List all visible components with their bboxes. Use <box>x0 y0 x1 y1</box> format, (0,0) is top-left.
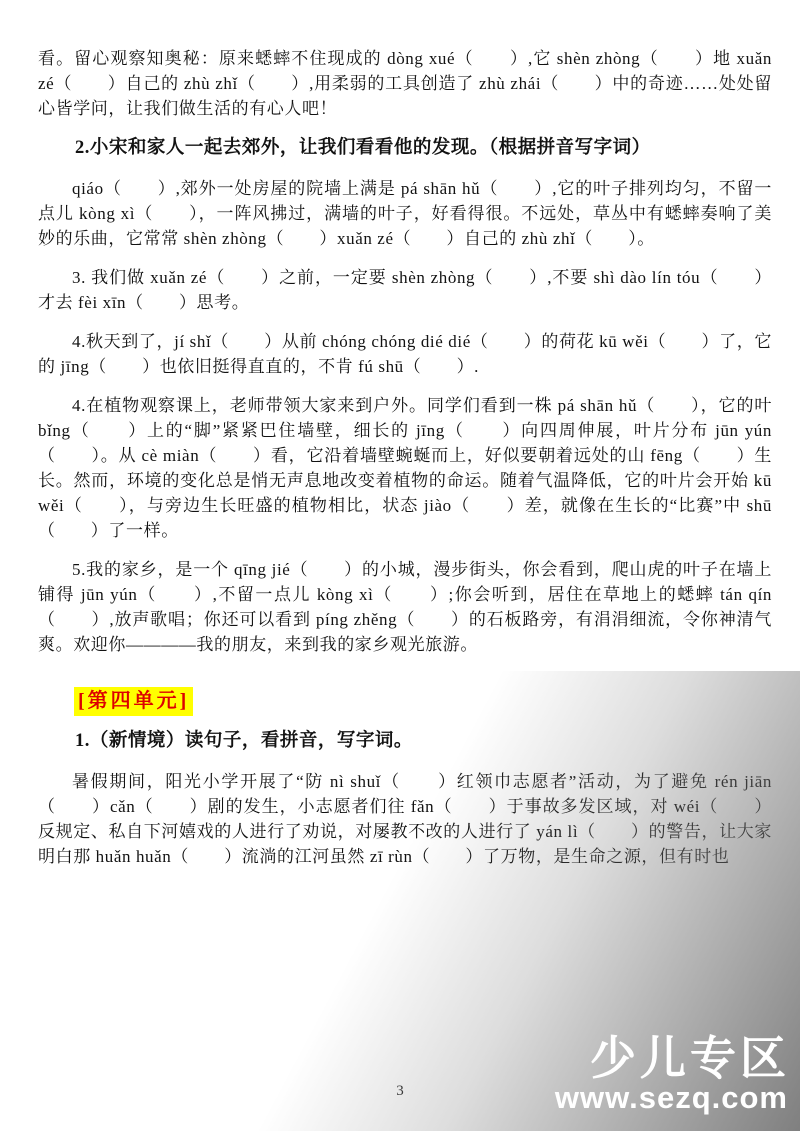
watermark-brand-text: 少儿专区 <box>590 1032 790 1084</box>
question-2-heading: 2.小宋和家人一起去郊外，让我们看看他的发现。（根据拼音写字词） <box>38 135 772 161</box>
paragraph-3-choose: 3. 我们做 xuǎn zé（ ）之前，一定要 shèn zhòng（ ）,不要… <box>38 265 772 315</box>
paragraph-4-autumn-lotus: 4.秋天到了，jí shǐ（ ）从前 chóng chóng dié dié（ … <box>38 329 772 379</box>
question-1-heading: 1.（新情境）读句子，看拼音，写字词。 <box>38 728 772 754</box>
text-column: 看。留心观察知奥秘：原来蟋蟀不住现成的 dòng xué（ ）,它 shèn z… <box>38 46 772 883</box>
worksheet-page: 看。留心观察知奥秘：原来蟋蟀不住现成的 dòng xué（ ）,它 shèn z… <box>0 0 800 1131</box>
unit-4-badge: [第四单元] <box>74 687 193 716</box>
paragraph-qiao-courtyard: qiáo（ ）,郊外一处房屋的院墙上满是 pá shān hǔ（ ）,它的叶子排… <box>38 176 772 251</box>
paragraph-continued-cricket: 看。留心观察知奥秘：原来蟋蟀不住现成的 dòng xué（ ）,它 shèn z… <box>38 46 772 121</box>
watermark-site-url: www.sezq.com <box>555 1080 788 1116</box>
paragraph-5-hometown: 5.我的家乡，是一个 qīng jié（ ）的小城，漫步街头，你会看到，爬山虎的… <box>38 557 772 657</box>
paragraph-4-plant-observation: 4.在植物观察课上，老师带领大家来到户外。同学们看到一株 pá shān hǔ（… <box>38 393 772 543</box>
paragraph-summer-safety: 暑假期间，阳光小学开展了“防 nì shuǐ（ ）红领巾志愿者”活动，为了避免 … <box>38 769 772 869</box>
unit-4-badge-row: [第四单元] <box>38 687 772 716</box>
